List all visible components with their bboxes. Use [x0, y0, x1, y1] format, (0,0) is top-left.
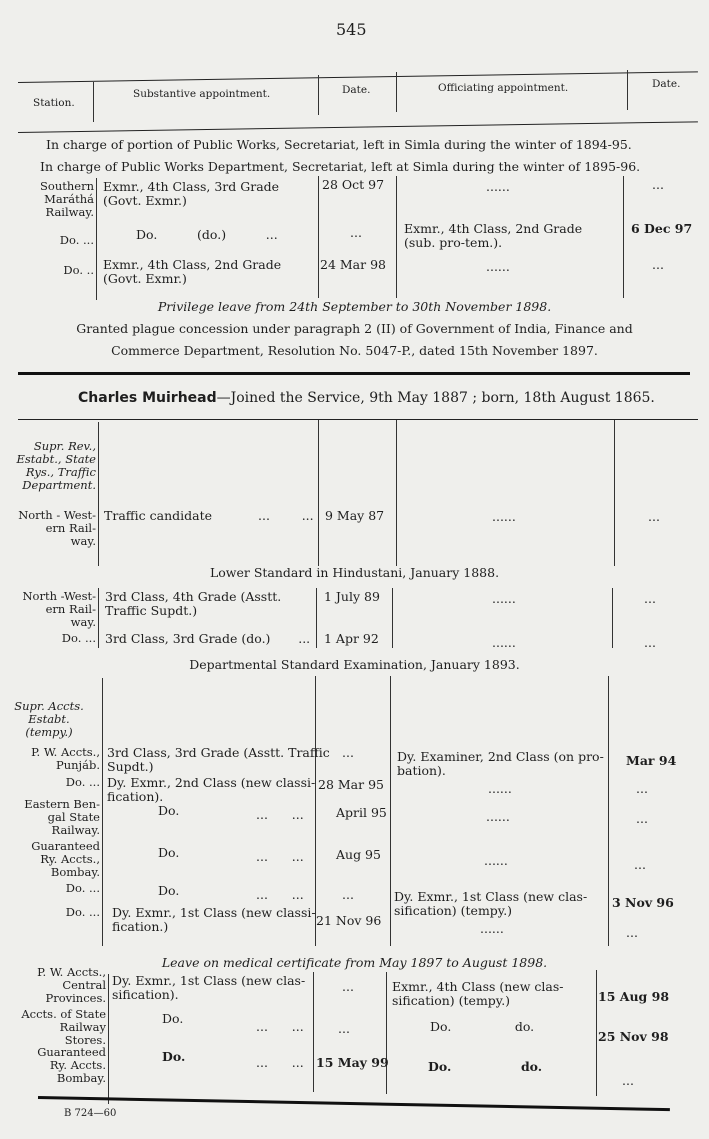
column-divider — [596, 970, 597, 1096]
leave-note: Privilege leave from 24th September to 3… — [0, 300, 709, 314]
officer-name: Charles Muirhead — [78, 390, 217, 406]
substantive-cell: Traffic candidate — [104, 509, 212, 523]
column-divider — [612, 588, 613, 648]
station-cell: North - West- ern Rail- way. — [6, 509, 96, 548]
officiating-cell: Do. do. — [430, 1020, 534, 1034]
station-cell: Southern Maráthá Railway. — [8, 180, 94, 219]
substantive-cell: Dy. Exmr., 1st Class (new clas- sificati… — [112, 974, 305, 1002]
station-cell: North -West- ern Rail- way. — [6, 590, 96, 629]
note-line: In charge of portion of Public Works, Se… — [46, 138, 632, 152]
station-cell: Eastern Ben- gal State Railway. — [6, 798, 100, 837]
officiating-cell: Exmr., 4th Class, 2nd Grade (sub. pro-te… — [404, 222, 582, 250]
officiating-cell: ...... — [488, 782, 512, 796]
column-divider — [392, 588, 393, 648]
officiating-cell: ...... — [486, 810, 510, 824]
header-divider — [396, 72, 397, 112]
header-top-rule — [18, 71, 698, 83]
date-cell: 1 July 89 — [324, 590, 380, 604]
officiating-date-cell: 15 Aug 98 — [598, 990, 669, 1004]
substantive-cell: Dy. Exmr., 2nd Class (new classi- ficati… — [107, 776, 315, 804]
section-separator — [18, 372, 690, 375]
station-cell: Do. .. — [8, 264, 94, 277]
officiating-date-cell: ... — [622, 1074, 634, 1088]
column-divider — [98, 588, 99, 648]
station-cell: Accts. of State Railway Stores. — [4, 1008, 106, 1047]
column-divider — [390, 676, 391, 946]
column-divider — [318, 420, 319, 566]
column-divider — [108, 974, 109, 1104]
leader-dots: ... ... — [256, 850, 304, 864]
station-cell: Do. ... — [6, 882, 100, 895]
header-bottom-rule — [18, 121, 698, 133]
officiating-date-cell: ... — [626, 926, 638, 940]
column-divider — [316, 588, 317, 648]
column-divider — [102, 678, 103, 946]
officiating-cell: ...... — [492, 592, 516, 606]
officiating-date-cell: ... — [652, 258, 664, 272]
leave-note: Leave on medical certificate from May 18… — [0, 956, 709, 970]
bottom-rule — [38, 1096, 670, 1111]
substantive-cell: 3rd Class, 4th Grade (Asstt. Traffic Sup… — [105, 590, 281, 618]
exam-note: Departmental Standard Examination, Janua… — [0, 658, 709, 672]
column-divider — [608, 676, 609, 946]
officiating-date-cell: ... — [636, 782, 648, 796]
note-line: In charge of Public Works Department, Se… — [40, 160, 640, 174]
officiating-date-cell: Mar 94 — [626, 754, 676, 768]
officiating-date-cell: 6 Dec 97 — [631, 222, 692, 236]
header-divider — [93, 82, 94, 122]
group-label: Supr. Rev., Estabt., State Rys., Traffic… — [6, 440, 96, 492]
header-divider — [318, 75, 319, 115]
officiating-date-cell: ... — [636, 812, 648, 826]
date-cell: 28 Mar 95 — [318, 778, 384, 792]
officiating-date-cell: 3 Nov 96 — [612, 896, 674, 910]
substantive-cell: Exmr., 4th Class, 2nd Grade (Govt. Exmr.… — [103, 258, 281, 286]
column-header-officiating-date: Date. — [652, 78, 680, 90]
substantive-cell: Exmr., 4th Class, 3rd Grade (Govt. Exmr.… — [103, 180, 279, 208]
substantive-cell: Do. — [158, 884, 179, 898]
group-label: Supr. Accts. Estabt. (tempy.) — [6, 700, 92, 739]
leader-dots: ... ... — [256, 888, 304, 902]
officiating-date-cell: ... — [648, 510, 660, 524]
column-divider — [623, 176, 624, 298]
substantive-cell: 3rd Class, 3rd Grade (Asstt. Traffic Sup… — [107, 746, 330, 774]
officiating-date-cell: ... — [644, 636, 656, 650]
column-divider — [318, 176, 319, 298]
station-cell: Do. ... — [6, 632, 96, 645]
concession-note: Commerce Department, Resolution No. 5047… — [0, 344, 709, 358]
substantive-cell: Do. — [162, 1012, 183, 1026]
officer-heading: Charles Muirhead—Joined the Service, 9th… — [78, 390, 655, 406]
officiating-cell: Do. do. — [428, 1060, 542, 1074]
officiating-cell: ...... — [486, 180, 510, 194]
officiating-cell: ...... — [486, 260, 510, 274]
heading-rule — [18, 419, 698, 420]
date-cell: ... — [342, 746, 354, 760]
date-cell: Aug 95 — [336, 848, 381, 862]
header-divider — [627, 70, 628, 110]
date-cell: April 95 — [336, 806, 387, 820]
column-divider — [98, 422, 99, 566]
column-header-substantive: Substantive appointment. — [133, 88, 270, 100]
column-header-date: Date. — [342, 84, 370, 96]
date-cell: 24 Mar 98 — [320, 258, 386, 272]
date-cell: 1 Apr 92 — [324, 632, 379, 646]
concession-note: Granted plague concession under paragrap… — [0, 322, 709, 336]
date-cell: 21 Nov 96 — [316, 914, 381, 928]
station-cell: P. W. Accts., Central Provinces. — [4, 966, 106, 1005]
substantive-cell: Do. (do.) ... — [136, 228, 278, 242]
leader-dots: ... ... — [256, 1056, 304, 1070]
officiating-date-cell: ... — [634, 858, 646, 872]
column-divider — [396, 176, 397, 298]
officiating-date-cell: 25 Nov 98 — [598, 1030, 669, 1044]
column-divider — [313, 972, 314, 1092]
substantive-cell: Dy. Exmr., 1st Class (new classi- ficati… — [112, 906, 316, 934]
officiating-cell: ...... — [484, 854, 508, 868]
officiating-date-cell: ... — [652, 178, 664, 192]
date-cell: ... — [342, 980, 354, 994]
officiating-cell: Exmr., 4th Class (new clas- sification) … — [392, 980, 563, 1008]
leader-dots: ... ... — [256, 808, 304, 822]
date-cell: ... — [342, 888, 354, 902]
date-cell: 9 May 87 — [325, 509, 384, 523]
column-divider — [396, 420, 397, 566]
leader-dots: ... ... — [256, 1020, 304, 1034]
substantive-cell: Do. — [158, 846, 179, 860]
officiating-cell: Dy. Exmr., 1st Class (new clas- sificati… — [394, 890, 587, 918]
officiating-date-cell: ... — [644, 592, 656, 606]
column-header-station: Station. — [33, 97, 75, 109]
page-number: 545 — [336, 20, 367, 39]
date-cell: ... — [350, 226, 362, 240]
station-cell: Do. ... — [8, 234, 94, 247]
column-header-officiating: Officiating appointment. — [438, 82, 568, 94]
station-cell: Do. ... — [6, 776, 100, 789]
column-divider — [386, 972, 387, 1094]
station-cell: Guaranteed Ry. Accts. Bombay. — [4, 1046, 106, 1085]
exam-note: Lower Standard in Hindustani, January 18… — [0, 566, 709, 580]
substantive-cell: Do. — [162, 1050, 185, 1064]
station-cell: Do. ... — [6, 906, 100, 919]
officiating-cell: ...... — [480, 922, 504, 936]
date-cell: ... — [338, 1022, 350, 1036]
date-cell: 15 May 99 — [316, 1056, 389, 1070]
date-cell: 28 Oct 97 — [322, 178, 384, 192]
leader-dots: ... ... — [258, 509, 314, 523]
officiating-cell: ...... — [492, 510, 516, 524]
substantive-cell: Do. — [158, 804, 179, 818]
officer-details: —Joined the Service, 9th May 1887 ; born… — [217, 390, 655, 406]
station-cell: Guaranteed Ry. Accts., Bombay. — [6, 840, 100, 879]
substantive-cell: 3rd Class, 3rd Grade (do.) ... — [105, 632, 310, 646]
station-cell: P. W. Accts., Punjáb. — [6, 746, 100, 772]
column-divider — [96, 178, 97, 300]
printer-mark: B 724—60 — [64, 1108, 116, 1119]
column-divider — [614, 420, 615, 566]
officiating-cell: Dy. Examiner, 2nd Class (on pro- bation)… — [397, 750, 604, 778]
officiating-cell: ...... — [492, 636, 516, 650]
